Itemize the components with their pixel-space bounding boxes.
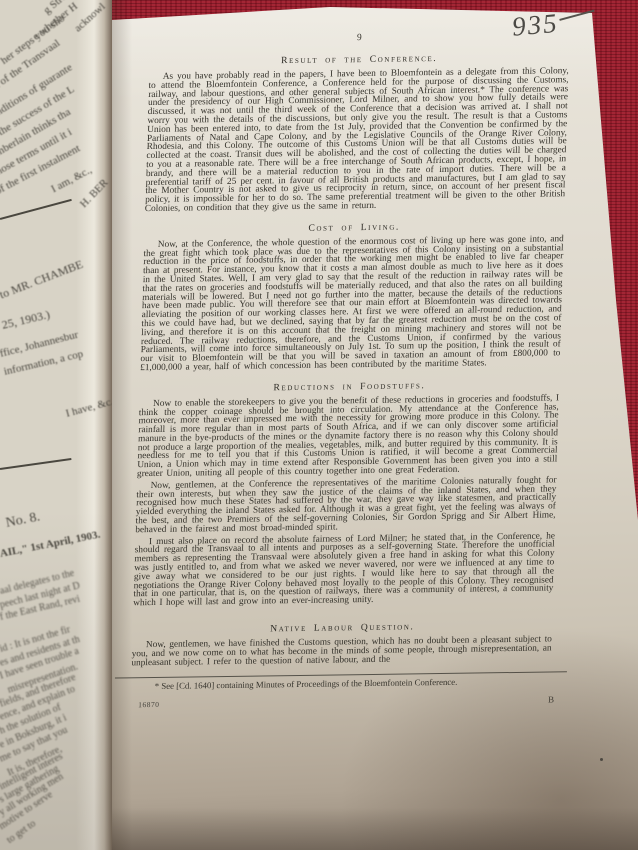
handwritten-dash	[559, 10, 594, 21]
left-page-shade	[0, 0, 112, 850]
margin-dot	[600, 758, 603, 761]
handwritten-digits: 935	[511, 8, 560, 42]
left-page: g Stre acknowl e whether H her steps you…	[0, 0, 112, 850]
photo-of-open-book: 9 Result of the Conference. As you have …	[0, 0, 638, 850]
